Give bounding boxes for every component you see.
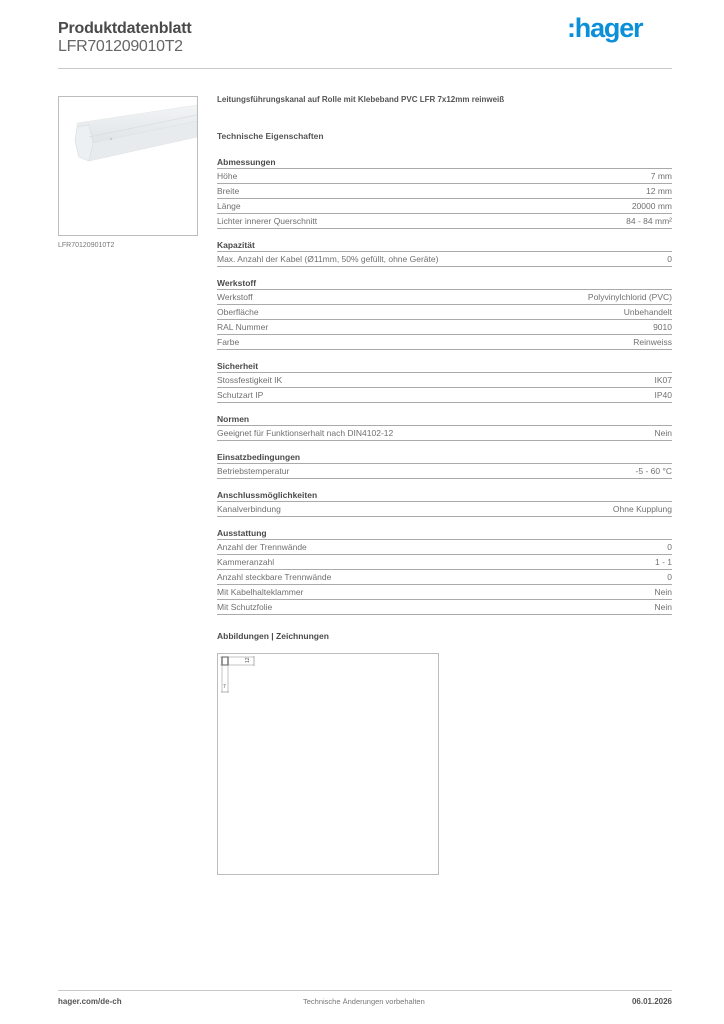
spec-label: Werkstoff xyxy=(217,290,253,304)
footer-website-link[interactable]: hager.com/de-ch xyxy=(58,997,122,1006)
spec-value: IP40 xyxy=(655,388,673,402)
spec-group-title: Normen xyxy=(217,413,672,426)
spec-row: Anzahl der Trennwände0 xyxy=(217,540,672,555)
spec-row: Mit KabelhalteklammerNein xyxy=(217,585,672,600)
footer-date: 06.01.2026 xyxy=(632,997,672,1006)
spec-row: Lichter innerer Querschnitt84 - 84 mm² xyxy=(217,214,672,229)
spec-label: Lichter innerer Querschnitt xyxy=(217,214,317,228)
spec-group: NormenGeeignet für Funktionserhalt nach … xyxy=(217,413,672,441)
spec-value: Nein xyxy=(655,600,672,614)
spec-row: OberflächeUnbehandelt xyxy=(217,305,672,320)
spec-row: Anzahl steckbare Trennwände0 xyxy=(217,570,672,585)
dimension-drawing-icon: 12 7 xyxy=(218,654,438,874)
spec-row: Stossfestigkeit IKIK07 xyxy=(217,373,672,388)
spec-label: Max. Anzahl der Kabel (Ø11mm, 50% gefüll… xyxy=(217,252,438,266)
svg-text:7: 7 xyxy=(223,684,226,690)
spec-label: Oberfläche xyxy=(217,305,259,319)
spec-label: Farbe xyxy=(217,335,239,349)
header-divider xyxy=(58,68,672,69)
article-number: LFR701209010T2 xyxy=(58,38,183,56)
spec-group: AnschlussmöglichkeitenKanalverbindungOhn… xyxy=(217,489,672,517)
spec-row: FarbeReinweiss xyxy=(217,335,672,350)
spec-label: Höhe xyxy=(217,169,237,183)
spec-row: Kammeranzahl1 - 1 xyxy=(217,555,672,570)
spec-row: Geeignet für Funktionserhalt nach DIN410… xyxy=(217,426,672,441)
spec-row: Mit SchutzfolieNein xyxy=(217,600,672,615)
document-title: Produktdatenblatt xyxy=(58,20,192,38)
spec-group: WerkstoffWerkstoffPolyvinylchlorid (PVC)… xyxy=(217,277,672,350)
spec-label: RAL Nummer xyxy=(217,320,268,334)
spec-value: Nein xyxy=(655,426,672,440)
spec-group: EinsatzbedingungenBetriebstemperatur-5 -… xyxy=(217,451,672,479)
spec-label: Mit Schutzfolie xyxy=(217,600,272,614)
spec-group-title: Sicherheit xyxy=(217,360,672,373)
spec-value: 0 xyxy=(667,252,672,266)
spec-value: -5 - 60 °C xyxy=(636,464,672,478)
spec-group-title: Werkstoff xyxy=(217,277,672,290)
spec-label: Kammeranzahl xyxy=(217,555,274,569)
spec-value: 7 mm xyxy=(651,169,672,183)
spec-value: Nein xyxy=(655,585,672,599)
spec-label: Schutzart IP xyxy=(217,388,263,402)
spec-value: 84 - 84 mm² xyxy=(626,214,672,228)
spec-label: Breite xyxy=(217,184,239,198)
spec-value: Polyvinylchlorid (PVC) xyxy=(588,290,672,304)
technical-properties-title: Technische Eigenschaften xyxy=(217,130,672,142)
spec-row: RAL Nummer9010 xyxy=(217,320,672,335)
cable-duct-image-icon xyxy=(59,97,197,235)
product-specs: Leitungsführungskanal auf Rolle mit Kleb… xyxy=(217,94,672,642)
spec-row: WerkstoffPolyvinylchlorid (PVC) xyxy=(217,290,672,305)
footer-notice: Technische Änderungen vorbehalten xyxy=(303,997,425,1006)
spec-row: Betriebstemperatur-5 - 60 °C xyxy=(217,464,672,479)
spec-value: 9010 xyxy=(653,320,672,334)
spec-label: Mit Kabelhalteklammer xyxy=(217,585,303,599)
spec-group: AusstattungAnzahl der Trennwände0Kammera… xyxy=(217,527,672,615)
svg-text:12: 12 xyxy=(245,657,251,663)
spec-label: Stossfestigkeit IK xyxy=(217,373,282,387)
spec-value: 12 mm xyxy=(646,184,672,198)
spec-label: Betriebstemperatur xyxy=(217,464,289,478)
product-image-caption: LFR701209010T2 xyxy=(58,242,114,249)
dimension-drawing: 12 7 xyxy=(217,653,439,875)
spec-group-title: Einsatzbedingungen xyxy=(217,451,672,464)
spec-label: Kanalverbindung xyxy=(217,502,281,516)
spec-row: Max. Anzahl der Kabel (Ø11mm, 50% gefüll… xyxy=(217,252,672,267)
spec-value: 0 xyxy=(667,540,672,554)
spec-row: Breite12 mm xyxy=(217,184,672,199)
hager-logo: :hager xyxy=(567,13,642,44)
product-image xyxy=(58,96,198,236)
spec-value: Ohne Kupplung xyxy=(613,502,672,516)
spec-label: Geeignet für Funktionserhalt nach DIN410… xyxy=(217,426,393,440)
spec-group-title: Anschlussmöglichkeiten xyxy=(217,489,672,502)
spec-group-title: Abmessungen xyxy=(217,156,672,169)
spec-groups: AbmessungenHöhe7 mmBreite12 mmLänge20000… xyxy=(217,156,672,615)
spec-label: Anzahl steckbare Trennwände xyxy=(217,570,331,584)
spec-value: 20000 mm xyxy=(632,199,672,213)
spec-value: Unbehandelt xyxy=(624,305,672,319)
spec-group-title: Kapazität xyxy=(217,239,672,252)
spec-value: IK07 xyxy=(655,373,673,387)
spec-value: 0 xyxy=(667,570,672,584)
figures-title: Abbildungen | Zeichnungen xyxy=(217,630,672,642)
spec-row: Schutzart IPIP40 xyxy=(217,388,672,403)
footer-divider xyxy=(58,990,672,991)
spec-row: KanalverbindungOhne Kupplung xyxy=(217,502,672,517)
spec-value: Reinweiss xyxy=(633,335,672,349)
spec-label: Anzahl der Trennwände xyxy=(217,540,307,554)
spec-row: Höhe7 mm xyxy=(217,169,672,184)
spec-label: Länge xyxy=(217,199,241,213)
product-name: Leitungsführungskanal auf Rolle mit Kleb… xyxy=(217,94,672,106)
spec-group: SicherheitStossfestigkeit IKIK07Schutzar… xyxy=(217,360,672,403)
spec-row: Länge20000 mm xyxy=(217,199,672,214)
spec-group-title: Ausstattung xyxy=(217,527,672,540)
spec-group: KapazitätMax. Anzahl der Kabel (Ø11mm, 5… xyxy=(217,239,672,267)
spec-group: AbmessungenHöhe7 mmBreite12 mmLänge20000… xyxy=(217,156,672,229)
spec-value: 1 - 1 xyxy=(655,555,672,569)
